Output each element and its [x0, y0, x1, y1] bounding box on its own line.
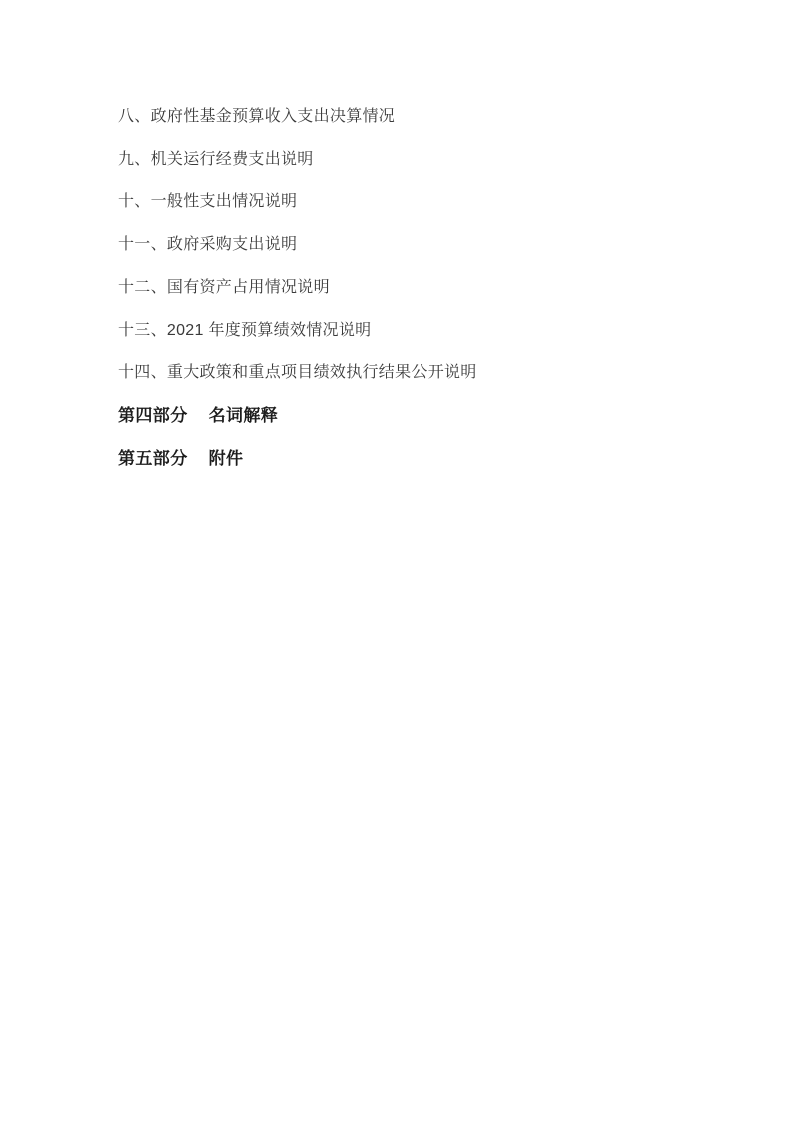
section-heading-part5: 第五部分附件: [118, 438, 733, 481]
section-heading-part4: 第四部分名词解释: [118, 395, 733, 438]
section-label: 第五部分: [118, 449, 188, 468]
toc-item-13: 十三、2021 年度预算绩效情况说明: [118, 310, 733, 353]
section-title: 名词解释: [209, 406, 279, 425]
toc-item-8: 八、政府性基金预算收入支出决算情况: [118, 96, 733, 139]
toc-item-12: 十二、国有资产占用情况说明: [118, 267, 733, 310]
toc-item-10: 十、一般性支出情况说明: [118, 181, 733, 224]
document-page: 八、政府性基金预算收入支出决算情况 九、机关运行经费支出说明 十、一般性支出情况…: [0, 0, 793, 1122]
toc-item-9: 九、机关运行经费支出说明: [118, 139, 733, 182]
section-title: 附件: [209, 449, 244, 468]
toc-item-11: 十一、政府采购支出说明: [118, 224, 733, 267]
section-label: 第四部分: [118, 406, 188, 425]
toc-item-14: 十四、重大政策和重点项目绩效执行结果公开说明: [118, 352, 733, 395]
table-of-contents: 八、政府性基金预算收入支出决算情况 九、机关运行经费支出说明 十、一般性支出情况…: [118, 96, 733, 480]
